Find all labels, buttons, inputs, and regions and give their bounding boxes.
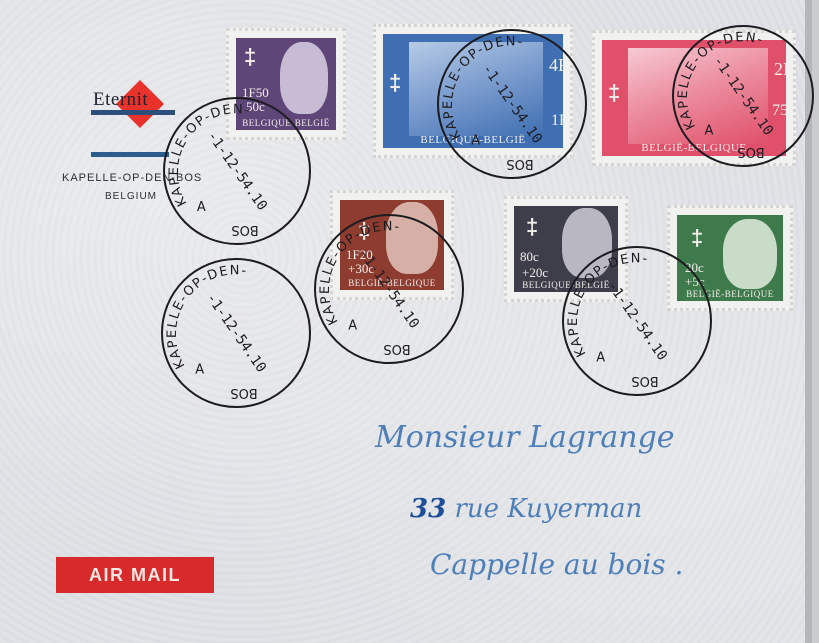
svg-text:A: A bbox=[197, 200, 206, 215]
stamp-surcharge: +20c bbox=[522, 266, 548, 280]
cross-of-lorraine-icon: ‡ bbox=[389, 72, 401, 94]
postmark-circle: KAPELLE-OP-DEN-BOS-1-12-54.10A bbox=[558, 242, 716, 400]
svg-text:KAPELLE-OP-DEN-: KAPELLE-OP-DEN- bbox=[441, 34, 525, 142]
postmark-circle: KAPELLE-OP-DEN-BOS-1-12-54.10A bbox=[157, 254, 315, 412]
svg-text:-1-12-54.10: -1-12-54.10 bbox=[204, 128, 270, 213]
postmark-circle: KAPELLE-OP-DEN-BOS-1-12-54.10A bbox=[433, 25, 591, 183]
air-mail-label: AIR MAIL bbox=[56, 557, 214, 593]
svg-text:-1-12-54.10: -1-12-54.10 bbox=[356, 246, 422, 331]
svg-text:KAPELLE-OP-DEN-: KAPELLE-OP-DEN- bbox=[318, 219, 402, 327]
svg-text:BOS: BOS bbox=[230, 385, 257, 400]
svg-text:A: A bbox=[348, 319, 357, 334]
svg-text:-1-12-54.10: -1-12-54.10 bbox=[479, 61, 545, 146]
svg-text:-1-12-54.10: -1-12-54.10 bbox=[710, 53, 776, 138]
svg-text:A: A bbox=[195, 363, 204, 378]
svg-text:A: A bbox=[471, 134, 480, 149]
svg-text:A: A bbox=[596, 351, 605, 366]
svg-text:-1-12-54.10: -1-12-54.10 bbox=[604, 278, 670, 363]
envelope: Eternit KAPELLE-OP-DEN-BOS BELGIUM ‡ 1F5… bbox=[0, 0, 812, 643]
svg-text:BOS: BOS bbox=[506, 156, 533, 171]
svg-text:KAPELLE-OP-DEN-: KAPELLE-OP-DEN- bbox=[566, 251, 650, 359]
svg-text:KAPELLE-OP-DEN-: KAPELLE-OP-DEN- bbox=[165, 263, 249, 371]
svg-text:BOS: BOS bbox=[631, 373, 658, 388]
postmark-circle: KAPELLE-OP-DEN-BOS-1-12-54.10A bbox=[159, 93, 315, 249]
svg-text:KAPELLE-OP-DEN-: KAPELLE-OP-DEN- bbox=[167, 102, 252, 208]
addressee-street: 33 rue Kuyerman bbox=[410, 494, 642, 524]
child-portrait bbox=[723, 219, 777, 289]
street-name: rue Kuyerman bbox=[454, 494, 642, 524]
cross-of-lorraine-icon: ‡ bbox=[244, 46, 256, 68]
svg-text:BOS: BOS bbox=[383, 341, 410, 356]
logo-bar bbox=[91, 152, 169, 157]
addressee-name: Monsieur Lagrange bbox=[375, 420, 675, 455]
sender-country: BELGIUM bbox=[105, 191, 157, 202]
postmark-circle: KAPELLE-OP-DEN-BOS-1-12-54.10A bbox=[310, 210, 468, 368]
svg-text:BOS: BOS bbox=[737, 144, 764, 159]
svg-text:BOS: BOS bbox=[231, 222, 258, 237]
svg-text:-1-12-54.10: -1-12-54.10 bbox=[203, 290, 269, 375]
house-number: 33 bbox=[410, 494, 446, 524]
svg-text:A: A bbox=[705, 124, 714, 139]
brand-name: Eternit bbox=[93, 89, 148, 111]
cross-of-lorraine-icon: ‡ bbox=[608, 82, 620, 104]
addressee-town: Cappelle au bois . bbox=[430, 548, 683, 581]
stamp-value: 80c bbox=[520, 250, 539, 264]
cross-of-lorraine-icon: ‡ bbox=[526, 216, 538, 238]
postmark-circle: KAPELLE-OP-DEN-BOS-1-12-54.10A bbox=[668, 21, 818, 171]
